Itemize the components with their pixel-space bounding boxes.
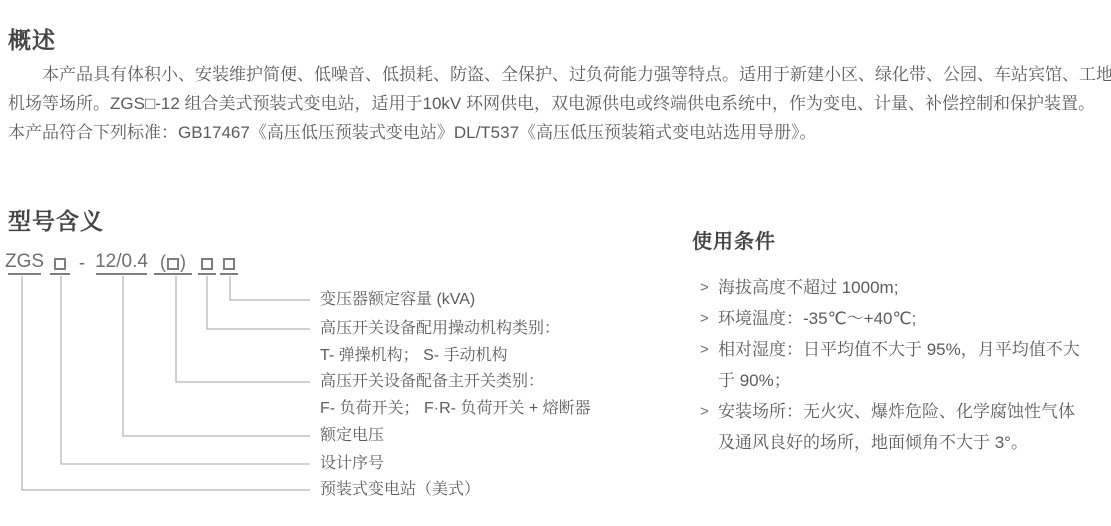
model-label-sub: F- 负荷开关； F·R- 负荷开关 + 熔断器 xyxy=(320,395,591,422)
model-label-rated-voltage: 额定电压 xyxy=(320,422,384,449)
model-label-main: 设计序号 xyxy=(320,450,384,477)
chevron-bullet-icon: > xyxy=(700,303,709,334)
overview-paragraph: 本产品具有体积小、安装维护简便、低噪音、低损耗、防盗、全保护、过负荷能力强等特点… xyxy=(8,60,1108,147)
model-label-capacity: 变压器额定容量 (kVA) xyxy=(320,286,475,313)
condition-line: 相对湿度：日平均值不大于 95%，月平均值不大 xyxy=(718,334,1111,365)
condition-item-installation-site: > 安装场所：无火灾、爆炸危险、化学腐蚀性气体 及通风良好的场所，地面倾角不大于… xyxy=(692,396,1111,458)
model-label-main: 高压开关设备配备主开关类别： xyxy=(320,368,591,395)
condition-item-humidity: > 相对湿度：日平均值不大于 95%，月平均值不大 于 90%； xyxy=(692,334,1111,396)
conditions-list: > 海拔高度不超过 1000m; > 环境温度：-35℃～+40℃; > 相对湿… xyxy=(692,272,1111,458)
conditions-heading: 使用条件 xyxy=(692,225,776,254)
model-label-main: 变压器额定容量 (kVA) xyxy=(320,286,475,313)
model-heading: 型号含义 xyxy=(8,203,104,236)
condition-line: 及通风良好的场所，地面倾角不大于 3°。 xyxy=(718,427,1111,458)
condition-item-altitude: > 海拔高度不超过 1000m; xyxy=(692,272,1111,303)
condition-item-temperature: > 环境温度：-35℃～+40℃; xyxy=(692,303,1111,334)
model-label-main: 预装式变电站（美式） xyxy=(320,476,480,503)
chevron-bullet-icon: > xyxy=(700,396,709,427)
overview-heading: 概述 xyxy=(8,22,56,55)
chevron-bullet-icon: > xyxy=(700,334,709,365)
model-label-main: 额定电压 xyxy=(320,422,384,449)
paragraph-line: 机场等场所。ZGS□-12 组合美式预装式变电站，适用于10kV 环网供电，双电… xyxy=(8,89,1108,118)
catalog-page: 概述 本产品具有体积小、安装维护简便、低噪音、低损耗、防盗、全保护、过负荷能力强… xyxy=(0,0,1111,526)
model-label-mechanism: 高压开关设备配用操动机构类别： T- 弹操机构； S- 手动机构 xyxy=(320,315,560,369)
model-label-sub: T- 弹操机构； S- 手动机构 xyxy=(320,342,560,369)
paragraph-line: 本产品符合下列标准：GB17467《高压低压预装式变电站》DL/T537《高压低… xyxy=(8,118,1108,147)
model-label-substation-type: 预装式变电站（美式） xyxy=(320,476,480,503)
model-label-design-number: 设计序号 xyxy=(320,450,384,477)
model-label-main-switch: 高压开关设备配备主开关类别： F- 负荷开关； F·R- 负荷开关 + 熔断器 xyxy=(320,368,591,422)
chevron-bullet-icon: > xyxy=(700,272,709,303)
model-label-main: 高压开关设备配用操动机构类别： xyxy=(320,315,560,342)
condition-line: 安装场所：无火灾、爆炸危险、化学腐蚀性气体 xyxy=(718,396,1111,427)
condition-line: 海拔高度不超过 1000m; xyxy=(718,272,1111,303)
condition-line: 于 90%； xyxy=(718,365,1111,396)
condition-line: 环境温度：-35℃～+40℃; xyxy=(718,303,1111,334)
paragraph-line: 本产品具有体积小、安装维护简便、低噪音、低损耗、防盗、全保护、过负荷能力强等特点… xyxy=(8,60,1108,89)
